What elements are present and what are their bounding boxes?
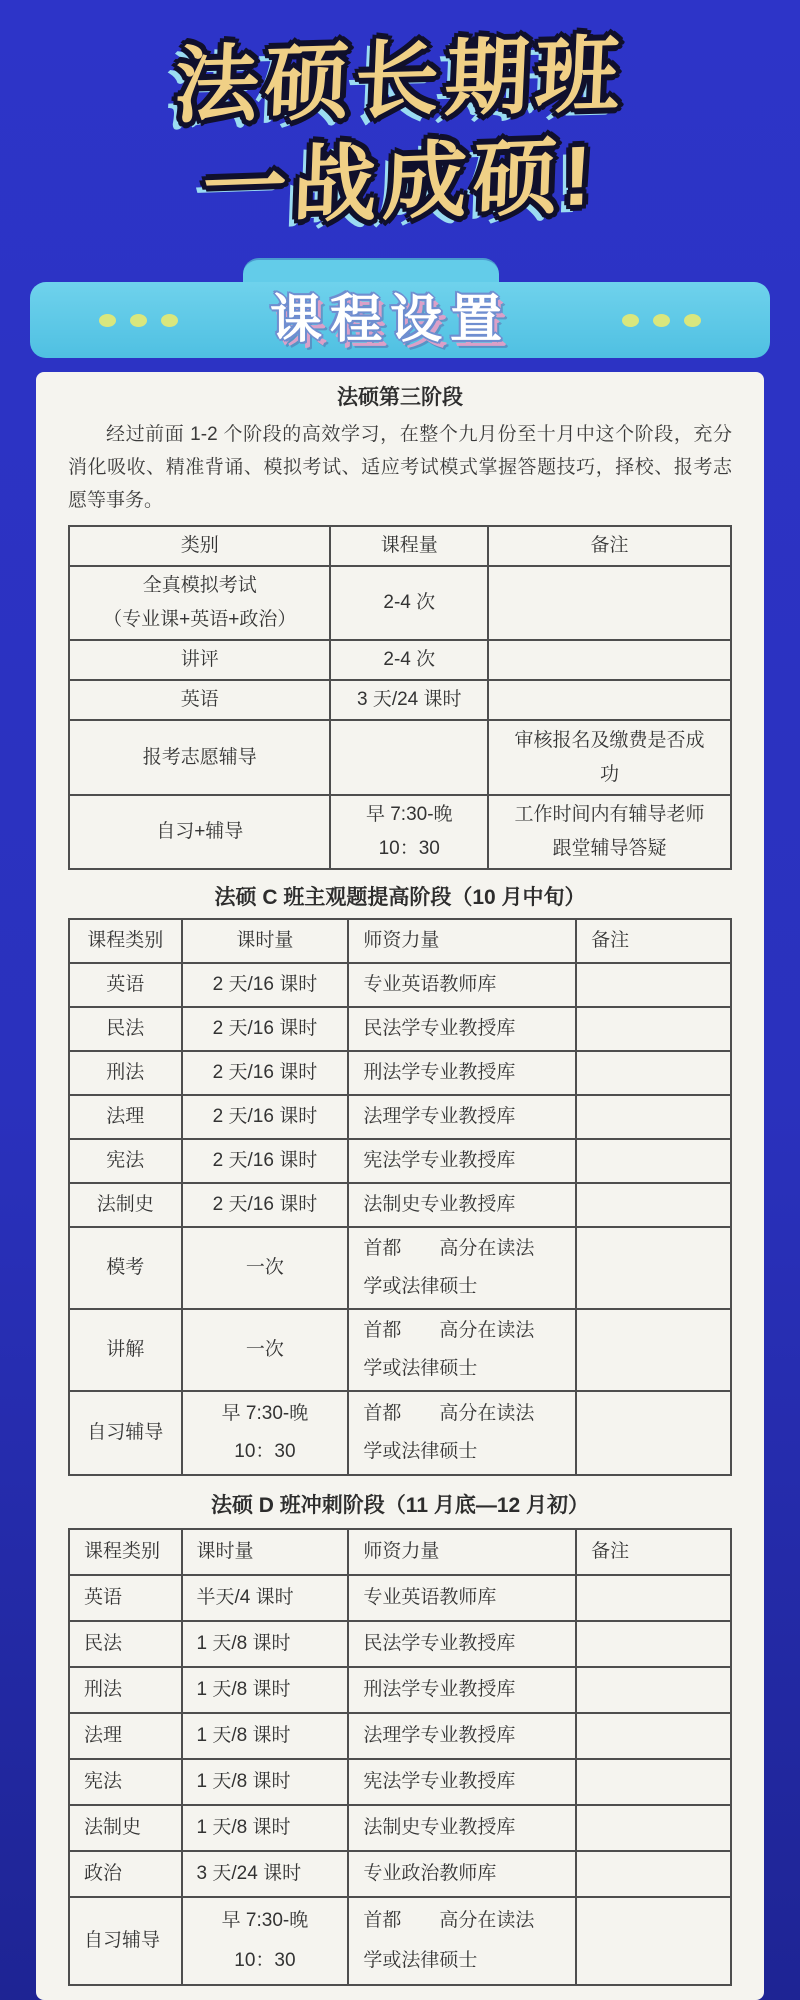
table-cell: 2 天/16 课时 bbox=[182, 1051, 349, 1095]
classC-heading: 法硕 C 班主观题提高阶段（10 月中旬） bbox=[68, 886, 732, 910]
table-cell: 专业英语教师库 bbox=[348, 963, 576, 1007]
section-banner: 课程设置 bbox=[30, 282, 770, 358]
table-cell bbox=[576, 1095, 731, 1139]
table-cell: 早 7:30-晚 10：30 bbox=[182, 1391, 349, 1475]
table-cell: 1 天/8 课时 bbox=[182, 1667, 349, 1713]
table-cell: 宪法学专业教授库 bbox=[348, 1139, 576, 1183]
table-cell: 刑法 bbox=[69, 1051, 182, 1095]
table-cell: 民法 bbox=[69, 1007, 182, 1051]
table-row: 自习+辅导早 7:30-晚 10：30工作时间内有辅导老师 跟堂辅导答疑 bbox=[69, 795, 731, 869]
table-header-cell: 备注 bbox=[488, 526, 731, 566]
table-cell: 民法 bbox=[69, 1621, 182, 1667]
table-cell: 3 天/24 课时 bbox=[330, 680, 488, 720]
dots-left-icon bbox=[92, 314, 185, 327]
table-header-row: 课程类别课时量师资力量备注 bbox=[69, 1529, 731, 1575]
table-cell: 模考 bbox=[69, 1227, 182, 1309]
table-row: 法理1 天/8 课时法理学专业教授库 bbox=[69, 1713, 731, 1759]
table-cell: 首都 高分在读法 学或法律硕士 bbox=[348, 1309, 576, 1391]
table-header-cell: 课程类别 bbox=[69, 919, 182, 963]
table-header-cell: 课程量 bbox=[330, 526, 488, 566]
table-cell bbox=[576, 1139, 731, 1183]
dot-icon bbox=[130, 314, 147, 327]
table-cell bbox=[576, 1759, 731, 1805]
table-cell: 2 天/16 课时 bbox=[182, 1007, 349, 1051]
table-cell: 1 天/8 课时 bbox=[182, 1805, 349, 1851]
table-cell: 工作时间内有辅导老师 跟堂辅导答疑 bbox=[488, 795, 731, 869]
stage3-intro: 经过前面 1-2 个阶段的高效学习，在整个九月份至十月中这个阶段，充分消化吸收、… bbox=[68, 418, 732, 517]
table-header-cell: 备注 bbox=[576, 919, 731, 963]
table-cell bbox=[576, 1183, 731, 1227]
table-row: 刑法2 天/16 课时刑法学专业教授库 bbox=[69, 1051, 731, 1095]
table-row: 自习辅导早 7:30-晚 10：30首都 高分在读法 学或法律硕士 bbox=[69, 1897, 731, 1985]
table-cell bbox=[576, 1713, 731, 1759]
table-cell: 宪法 bbox=[69, 1139, 182, 1183]
table-row: 法制史2 天/16 课时法制史专业教授库 bbox=[69, 1183, 731, 1227]
table-cell: 3 天/24 课时 bbox=[182, 1851, 349, 1897]
table-cell: 专业政治教师库 bbox=[348, 1851, 576, 1897]
table-header-row: 课程类别课时量师资力量备注 bbox=[69, 919, 731, 963]
table-header-cell: 课时量 bbox=[182, 919, 349, 963]
table-cell: 宪法 bbox=[69, 1759, 182, 1805]
table-cell: 2-4 次 bbox=[330, 566, 488, 640]
table-cell: 宪法学专业教授库 bbox=[348, 1759, 576, 1805]
classD-heading: 法硕 D 班冲刺阶段（11 月底—12 月初） bbox=[68, 1494, 732, 1518]
poster: 法硕长期班 一战成硕! 课程设置 法硕第三阶段 经过前面 1-2 个阶段的高效学… bbox=[0, 0, 800, 2000]
table-cell: 英语 bbox=[69, 680, 330, 720]
table-cell: 法制史 bbox=[69, 1183, 182, 1227]
table-row: 模考一次首都 高分在读法 学或法律硕士 bbox=[69, 1227, 731, 1309]
table-cell: 2 天/16 课时 bbox=[182, 963, 349, 1007]
table-cell bbox=[488, 640, 731, 680]
table-cell: 法制史专业教授库 bbox=[348, 1183, 576, 1227]
table-row: 自习辅导早 7:30-晚 10：30首都 高分在读法 学或法律硕士 bbox=[69, 1391, 731, 1475]
table-cell: 刑法 bbox=[69, 1667, 182, 1713]
table-header-cell: 类别 bbox=[69, 526, 330, 566]
table-cell: 报考志愿辅导 bbox=[69, 720, 330, 795]
table-cell: 民法学专业教授库 bbox=[348, 1007, 576, 1051]
table-row: 法制史1 天/8 课时法制史专业教授库 bbox=[69, 1805, 731, 1851]
table-row: 民法2 天/16 课时民法学专业教授库 bbox=[69, 1007, 731, 1051]
table-cell: 民法学专业教授库 bbox=[348, 1621, 576, 1667]
table-cell: 讲解 bbox=[69, 1309, 182, 1391]
table-cell: 一次 bbox=[182, 1309, 349, 1391]
table-row: 英语半天/4 课时专业英语教师库 bbox=[69, 1575, 731, 1621]
table-cell bbox=[576, 963, 731, 1007]
table-cell: 法理 bbox=[69, 1095, 182, 1139]
table-header-cell: 课时量 bbox=[182, 1529, 349, 1575]
table-cell: 法理 bbox=[69, 1713, 182, 1759]
banner-label: 课程设置 bbox=[270, 277, 510, 352]
table-cell: 首都 高分在读法 学或法律硕士 bbox=[348, 1391, 576, 1475]
table-header-row: 类别课程量备注 bbox=[69, 526, 731, 566]
table-row: 全真模拟考试 （专业课+英语+政治）2-4 次 bbox=[69, 566, 731, 640]
table-row: 宪法1 天/8 课时宪法学专业教授库 bbox=[69, 1759, 731, 1805]
table-cell: 1 天/8 课时 bbox=[182, 1713, 349, 1759]
table-row: 政治3 天/24 课时专业政治教师库 bbox=[69, 1851, 731, 1897]
table-row: 民法1 天/8 课时民法学专业教授库 bbox=[69, 1621, 731, 1667]
table-row: 英语3 天/24 课时 bbox=[69, 680, 731, 720]
table-row: 英语2 天/16 课时专业英语教师库 bbox=[69, 963, 731, 1007]
table-row: 讲解一次首都 高分在读法 学或法律硕士 bbox=[69, 1309, 731, 1391]
table-row: 报考志愿辅导审核报名及缴费是否成 功 bbox=[69, 720, 731, 795]
table-cell: 讲评 bbox=[69, 640, 330, 680]
table-cell: 首都 高分在读法 学或法律硕士 bbox=[348, 1227, 576, 1309]
table-cell: 法理学专业教授库 bbox=[348, 1095, 576, 1139]
stage3-heading: 法硕第三阶段 bbox=[68, 386, 732, 410]
table-cell: 2 天/16 课时 bbox=[182, 1183, 349, 1227]
table-cell bbox=[576, 1007, 731, 1051]
table-cell: 自习辅导 bbox=[69, 1391, 182, 1475]
table-cell bbox=[576, 1309, 731, 1391]
content-card: 法硕第三阶段 经过前面 1-2 个阶段的高效学习，在整个九月份至十月中这个阶段，… bbox=[36, 372, 764, 2000]
table-cell: 刑法学专业教授库 bbox=[348, 1051, 576, 1095]
table-cell bbox=[576, 1621, 731, 1667]
table-cell: 刑法学专业教授库 bbox=[348, 1667, 576, 1713]
table-cell bbox=[488, 566, 731, 640]
table-cell: 一次 bbox=[182, 1227, 349, 1309]
table-cell: 首都 高分在读法 学或法律硕士 bbox=[348, 1897, 576, 1985]
table-cell: 2-4 次 bbox=[330, 640, 488, 680]
dot-icon bbox=[622, 314, 639, 327]
table-row: 刑法1 天/8 课时刑法学专业教授库 bbox=[69, 1667, 731, 1713]
table-cell: 法制史 bbox=[69, 1805, 182, 1851]
table-cell bbox=[576, 1391, 731, 1475]
dot-icon bbox=[653, 314, 670, 327]
table-cell bbox=[576, 1897, 731, 1985]
table-header-cell: 师资力量 bbox=[348, 1529, 576, 1575]
table-cell bbox=[576, 1851, 731, 1897]
table-cell: 2 天/16 课时 bbox=[182, 1139, 349, 1183]
table-cell: 专业英语教师库 bbox=[348, 1575, 576, 1621]
dot-icon bbox=[99, 314, 116, 327]
table-cell: 英语 bbox=[69, 963, 182, 1007]
table-cell: 早 7:30-晚 10：30 bbox=[330, 795, 488, 869]
table-cell: 全真模拟考试 （专业课+英语+政治） bbox=[69, 566, 330, 640]
table-row: 法理2 天/16 课时法理学专业教授库 bbox=[69, 1095, 731, 1139]
table-row: 讲评2-4 次 bbox=[69, 640, 731, 680]
table-cell bbox=[576, 1805, 731, 1851]
table-cell: 1 天/8 课时 bbox=[182, 1759, 349, 1805]
table-cell: 法理学专业教授库 bbox=[348, 1713, 576, 1759]
table-cell bbox=[576, 1575, 731, 1621]
table-cell bbox=[576, 1667, 731, 1713]
table-cell bbox=[576, 1227, 731, 1309]
table-cell: 自习辅导 bbox=[69, 1897, 182, 1985]
table-header-cell: 课程类别 bbox=[69, 1529, 182, 1575]
classD-table: 课程类别课时量师资力量备注 英语半天/4 课时专业英语教师库 民法1 天/8 课… bbox=[68, 1528, 732, 1986]
dot-icon bbox=[161, 314, 178, 327]
table-cell bbox=[330, 720, 488, 795]
table-cell: 自习+辅导 bbox=[69, 795, 330, 869]
table-cell: 审核报名及缴费是否成 功 bbox=[488, 720, 731, 795]
page-title: 法硕长期班 一战成硕! bbox=[0, 30, 800, 232]
table-cell: 半天/4 课时 bbox=[182, 1575, 349, 1621]
table-cell bbox=[576, 1051, 731, 1095]
table-cell: 1 天/8 课时 bbox=[182, 1621, 349, 1667]
table-cell: 早 7:30-晚 10：30 bbox=[182, 1897, 349, 1985]
table-cell: 2 天/16 课时 bbox=[182, 1095, 349, 1139]
table-header-cell: 师资力量 bbox=[348, 919, 576, 963]
stage3-table: 类别课程量备注 全真模拟考试 （专业课+英语+政治）2-4 次 讲评2-4 次 … bbox=[68, 525, 732, 870]
dot-icon bbox=[684, 314, 701, 327]
table-cell: 法制史专业教授库 bbox=[348, 1805, 576, 1851]
dots-right-icon bbox=[615, 314, 708, 327]
table-row: 宪法2 天/16 课时宪法学专业教授库 bbox=[69, 1139, 731, 1183]
table-cell: 政治 bbox=[69, 1851, 182, 1897]
table-header-cell: 备注 bbox=[576, 1529, 731, 1575]
table-cell: 英语 bbox=[69, 1575, 182, 1621]
classC-table: 课程类别课时量师资力量备注 英语2 天/16 课时专业英语教师库 民法2 天/1… bbox=[68, 918, 732, 1476]
table-cell bbox=[488, 680, 731, 720]
